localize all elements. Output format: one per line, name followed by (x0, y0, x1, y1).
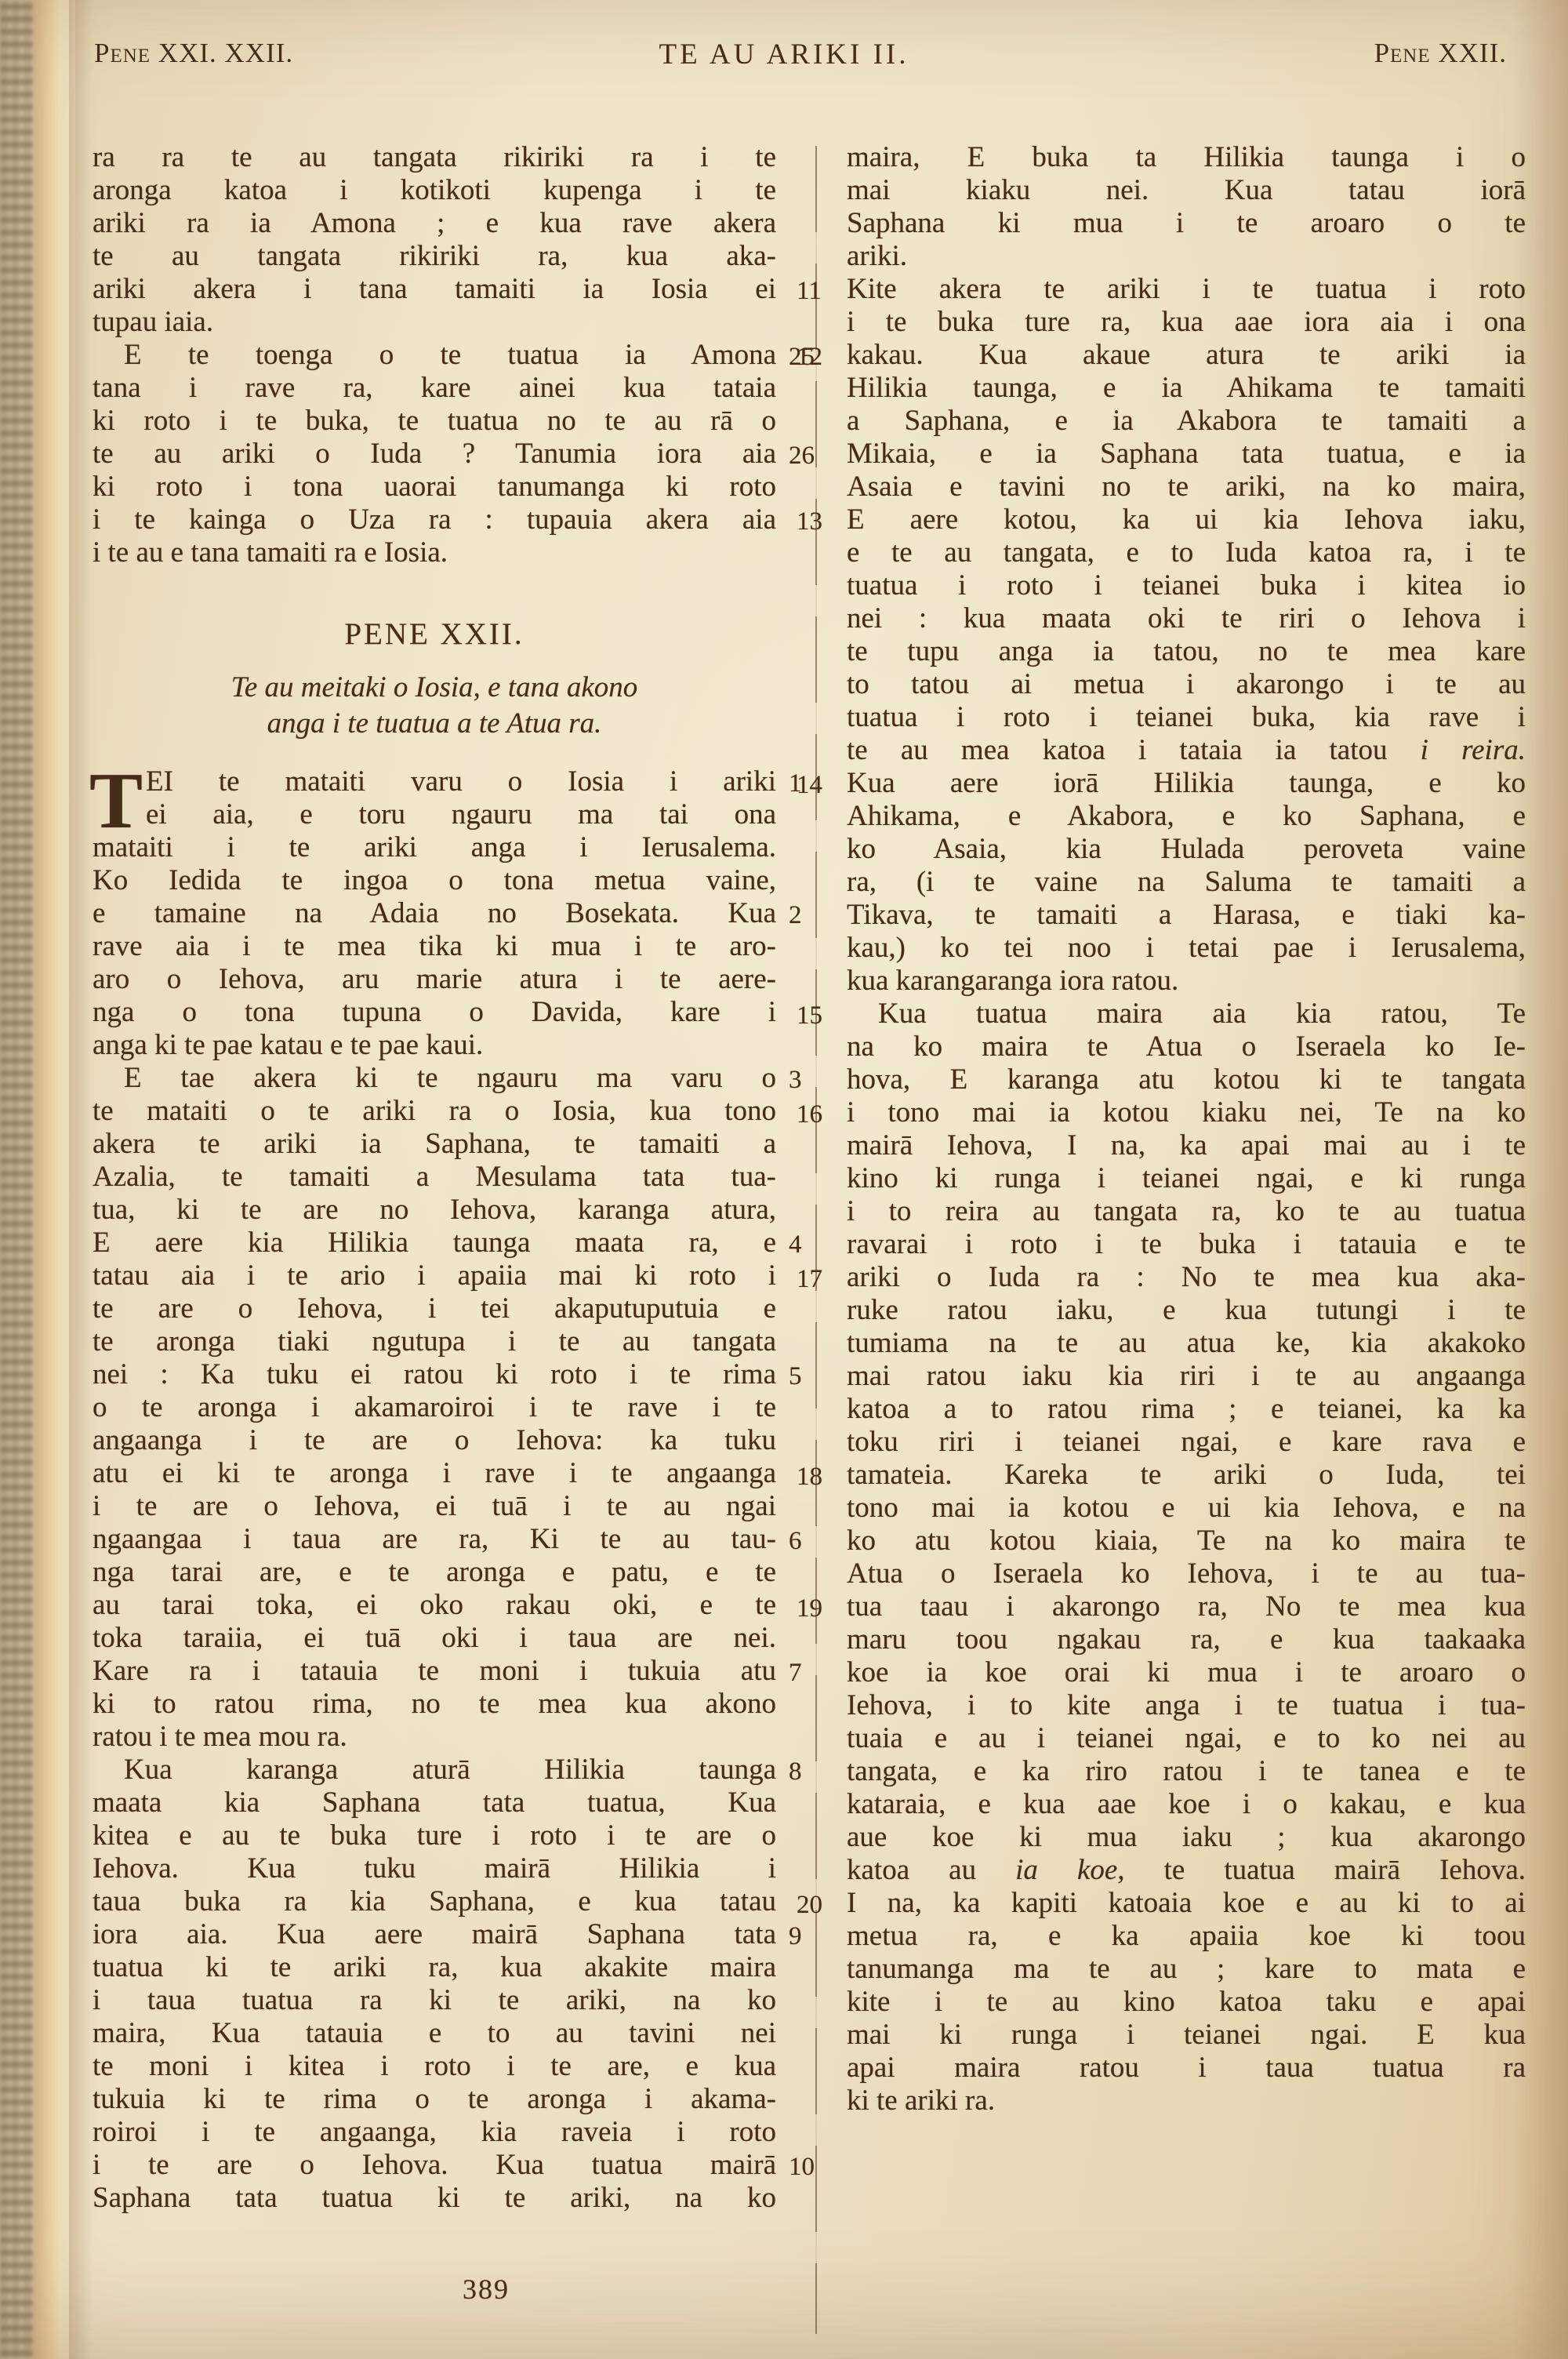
text-line: tamateia. Kareka te ariki o Iuda, tei18 (847, 1459, 1526, 1492)
paragraph: Kua karanga aturā Hilikia taunga8maata k… (93, 1754, 776, 2215)
line-text: nei : kua maata oki te riri o Iehova i (847, 602, 1526, 634)
text-line: Mikaia, e ia Saphana tata tuatua, e ia (847, 438, 1526, 471)
text-line: Iehova, i to kite anga i te tuatua i tua… (847, 1689, 1526, 1722)
text-line: o te aronga i akamaroiroi i te rave i te (93, 1391, 776, 1424)
text-line: akera te ariki ia Saphana, te tamaiti a (93, 1128, 776, 1161)
text-line: te au tangata rikiriki ra, kua aka- (93, 240, 776, 273)
text-line: i tono mai ia kotou kiaku nei, Te na ko1… (847, 1096, 1526, 1129)
text-line: i te au e tana tamaiti ra e Iosia. (93, 536, 776, 569)
line-text: ki to ratou rima, no te mea kua akono (93, 1688, 776, 1720)
verse-number: 7 (789, 1656, 837, 1689)
text-line: ki roto i te buka, te tuatua no te au rā… (93, 405, 776, 438)
text-line: katoa a to ratou rima ; e teianei, ka ka (847, 1393, 1526, 1426)
text-line: maira, Kua tatauia e to au tavini nei (93, 2017, 776, 2050)
line-text: tupau iaia. (93, 306, 213, 338)
text-line: Kare ra i tatauia te moni i tukuia atu7 (93, 1655, 776, 1688)
line-text: Tikava, te tamaiti a Harasa, e tiaki ka- (847, 899, 1526, 931)
line-text: apai maira ratou i taua tuatua ra (847, 2052, 1526, 2084)
text-line: atu ei ki te aronga i rave i te angaanga (93, 1457, 776, 1490)
text-line: tupau iaia. (93, 306, 776, 339)
text-line: tangata, e ka riro ratou i te tanea e te (847, 1755, 1526, 1788)
line-text: mairā Iehova, I na, ka apai mai au i te (847, 1129, 1526, 1161)
line-text: ngaangaa i taua are ra, Ki te au tau- (93, 1523, 776, 1555)
book-page: Pene XXI. XXII. TE AU ARIKI II. Pene XXI… (0, 0, 1568, 2359)
line-text: taua buka ra kia Saphana, e kua tatau (93, 1885, 776, 1917)
verse-number: 13 (797, 505, 840, 538)
text-line: kua karangaranga iora ratou. (847, 965, 1526, 998)
text-line: ruke ratou iaku, e kua tutungi i te (847, 1294, 1526, 1327)
line-text: te moni i kitea i roto i te are, e kua (93, 2050, 776, 2082)
text-line: aue koe ki mua iaku ; kua akarongo (847, 1821, 1526, 1854)
line-text: maira, Kua tatauia e to au tavini nei (93, 2017, 776, 2049)
text-line: te tupu anga ia tatou, no te mea kare (847, 635, 1526, 668)
line-text: kitea e au te buka ture i roto i te are … (93, 1819, 776, 1852)
line-text: ariki o Iuda ra : No te mea kua aka- (847, 1261, 1526, 1293)
running-head-title: TE AU ARIKI II. (659, 38, 909, 71)
text-line: EI te mataiti varu o Iosia i ariki1 (93, 765, 776, 798)
line-text: Kua karanga aturā Hilikia taunga (124, 1754, 776, 1786)
line-text: Kite akera te ariki i te tuatua i roto (847, 273, 1526, 305)
line-text: te tupu anga ia tatou, no te mea kare (847, 635, 1526, 667)
paragraph: maira, E buka ta Hilikia taunga i omai k… (847, 141, 1526, 2117)
line-text: maata kia Saphana tata tuatua, Kua (93, 1787, 776, 1819)
line-text: Saphana tata tuatua ki te ariki, na ko (93, 2182, 776, 2214)
line-text: nga tarai are, e te aronga e patu, e te (93, 1556, 776, 1588)
line-text: Ko Iedida te ingoa o tona metua vaine, (93, 864, 776, 896)
text-line: nei : Ka tuku ei ratou ki roto i te rima… (93, 1358, 776, 1391)
text-line: aro o Iehova, aru marie atura i te aere- (93, 963, 776, 996)
line-text: iora aia. Kua aere mairā Saphana tata (93, 1918, 776, 1950)
text-line: Iehova. Kua tuku mairā Hilikia i (93, 1852, 776, 1885)
line-text: i to reira au tangata ra, ko te au tuatu… (847, 1195, 1526, 1227)
text-line: mai ratou iaku kia riri i te au angaanga (847, 1360, 1526, 1393)
text-line: ariki akera i tana tamaiti ia Iosia ei (93, 273, 776, 306)
line-text: maira, E buka ta Hilikia taunga i o (847, 141, 1526, 173)
text-line: i taua tuatua ra ki te ariki, na ko (93, 1984, 776, 2017)
line-text: I na, ka kapiti katoaia koe e au ki to a… (847, 1887, 1526, 1919)
text-line: te aronga tiaki ngutupa i te au tangata (93, 1325, 776, 1358)
line-text: au tarai toka, ei oko rakau oki, e te (93, 1589, 776, 1621)
text-line: te au ariki o Iuda ? Tanumia iora aia26 (93, 438, 776, 471)
line-text: Te au meitaki o Iosia, e tana akono (231, 671, 638, 703)
text-line: na ko maira te Atua o Iseraela ko Ie- (847, 1030, 1526, 1063)
chapter-subtitle: Te au meitaki o Iosia, e tana akonoanga … (93, 670, 776, 742)
verse-number: 26 (789, 439, 837, 472)
line-text: a Saphana, e ia Akabora te tamaiti a (847, 405, 1526, 437)
line-text: E tae akera ki te ngauru ma varu o (124, 1062, 776, 1094)
line-text: tukuia ki te rima o te aronga i akama- (93, 2083, 776, 2115)
line-text: Iehova. Kua tuku mairā Hilikia i (93, 1852, 776, 1885)
text-line: tuatua i roto i teianei buka i kitea io (847, 569, 1526, 602)
text-line: ariki. (847, 240, 1526, 273)
text-line: koe ia koe orai ki mua i te aroaro o (847, 1656, 1526, 1689)
text-line: ngaangaa i taua are ra, Ki te au tau-6 (93, 1523, 776, 1556)
text-line: mai kiaku nei. Kua tatau iorā (847, 174, 1526, 207)
line-text: tuatua ki te ariki ra, kua akakite maira (93, 1951, 776, 1983)
text-line: ariki o Iuda ra : No te mea kua aka-17 (847, 1261, 1526, 1294)
line-text: katoa a to ratou rima ; e teianei, ka ka (847, 1393, 1526, 1425)
line-text: ra, (i te vaine na Saluma te tamaiti a (847, 866, 1526, 898)
text-line: Ahikama, e Akabora, e ko Saphana, e (847, 800, 1526, 833)
line-text: i tono mai ia kotou kiaku nei, Te na ko (847, 1096, 1526, 1129)
line-text: tua taau i akarongo ra, No te mea kua (847, 1590, 1526, 1623)
line-text: mai kiaku nei. Kua tatau iorā (847, 174, 1526, 206)
text-line: Saphana ki mua i te aroaro o te (847, 207, 1526, 240)
text-line: iora aia. Kua aere mairā Saphana tata9 (93, 1918, 776, 1951)
paragraph: TEI te mataiti varu o Iosia i ariki1ei a… (93, 765, 776, 1062)
text-line: PENE XXII. (93, 618, 776, 651)
line-text: Mikaia, e ia Saphana tata tuatua, e ia (847, 438, 1526, 470)
verse-number: 2 (789, 899, 837, 932)
line-text: i te buka ture ra, kua aae iora aia i on… (847, 306, 1526, 338)
line-text: kakau. Kua akaue atura te ariki ia (847, 339, 1526, 371)
text-line: tua, ki te are no Iehova, karanga atura, (93, 1194, 776, 1227)
line-text: ratou i te mea mou ra. (93, 1721, 347, 1753)
line-text: kataraia, e kua aae koe i o kakau, e kua (847, 1788, 1526, 1820)
text-line: ko atu kotou kiaia, Te na ko maira te (847, 1525, 1526, 1558)
line-text: tuatua i roto i teianei buka i kitea io (847, 569, 1526, 602)
text-line: ki to ratou rima, no te mea kua akono (93, 1688, 776, 1721)
text-line: Kua aere iorā Hilikia taunga, e ko14 (847, 767, 1526, 800)
text-line: toku riri i teianei ngai, e kare rava e (847, 1426, 1526, 1459)
text-line: rave aia i te mea tika ki mua i te aro- (93, 930, 776, 963)
line-text: ravarai i roto i te buka i tatauia e te (847, 1228, 1526, 1260)
text-line: kitea e au te buka ture i roto i te are … (93, 1819, 776, 1852)
line-text: ko atu kotou kiaia, Te na ko maira te (847, 1525, 1526, 1557)
text-line: nga o tona tupuna o Davida, kare i (93, 996, 776, 1029)
text-line: ravarai i roto i te buka i tatauia e te (847, 1228, 1526, 1261)
text-line: Saphana tata tuatua ki te ariki, na ko (93, 2182, 776, 2215)
text-line: ra, (i te vaine na Saluma te tamaiti a (847, 866, 1526, 899)
verse-number: 18 (797, 1460, 840, 1493)
line-text: nei : Ka tuku ei ratou ki roto i te rima (93, 1358, 776, 1390)
text-line: e tamaine na Adaia no Bosekata. Kua2 (93, 897, 776, 930)
text-line: mairā Iehova, I na, ka apai mai au i te (847, 1129, 1526, 1162)
text-line: to tatou ai metua i akarongo i te au (847, 668, 1526, 701)
line-text: te au tangata rikiriki ra, kua aka- (93, 240, 776, 272)
text-line: E aere kotou, ka ui kia Iehova iaku,13 (847, 503, 1526, 536)
line-text: aro o Iehova, aru marie atura i te aere- (93, 963, 776, 995)
text-line: tua taau i akarongo ra, No te mea kua19 (847, 1590, 1526, 1623)
line-text: tamateia. Kareka te ariki o Iuda, tei (847, 1459, 1526, 1491)
line-text: ruke ratou iaku, e kua tutungi i te (847, 1294, 1526, 1326)
text-line: aronga katoa i kotikoti kupenga i te (93, 174, 776, 207)
running-head-left: Pene XXI. XXII. (94, 38, 293, 69)
text-line: tatau aia i te ario i apaiia mai ki roto… (93, 1259, 776, 1292)
line-text: i te kainga o Uza ra : tupauia akera aia (93, 503, 776, 536)
line-text: hova, E karanga atu kotou ki te tangata (847, 1063, 1526, 1096)
line-text: ariki ra ia Amona ; e kua rave akera (93, 207, 776, 239)
facing-page-edge (0, 0, 75, 2359)
text-line: au tarai toka, ei oko rakau oki, e te (93, 1589, 776, 1622)
text-line: i to reira au tangata ra, ko te au tuatu… (847, 1195, 1526, 1228)
line-text: atu ei ki te aronga i rave i te angaanga (93, 1457, 776, 1489)
text-line: kite i te au kino katoa taku e apai (847, 1986, 1526, 2019)
verse-number: 11 (797, 274, 840, 307)
running-head: Pene XXI. XXII. TE AU ARIKI II. Pene XXI… (0, 38, 1568, 74)
line-text: te au mea katoa i tataia ia tatou i reir… (847, 734, 1526, 766)
line-text: ki roto i tona uaorai tanumanga ki roto (93, 471, 776, 503)
line-text: ki roto i te buka, te tuatua no te au rā… (93, 405, 776, 437)
text-line: tuaia e au i teianei ngai, e to ko nei a… (847, 1722, 1526, 1755)
text-line: nei : kua maata oki te riri o Iehova i (847, 602, 1526, 635)
text-line: ei aia, e toru ngauru ma tai ona (93, 798, 776, 831)
column-divider-rule (815, 146, 817, 2334)
line-text: tangata, e ka riro ratou i te tanea e te (847, 1755, 1526, 1787)
text-line: tuatua i roto i teianei buka, kia rave i (847, 701, 1526, 734)
text-line: tuatua ki te ariki ra, kua akakite maira (93, 1951, 776, 1984)
text-line: nga tarai are, e te aronga e patu, e te (93, 1556, 776, 1589)
verse-number: 4 (789, 1228, 837, 1261)
line-text: aronga katoa i kotikoti kupenga i te (93, 174, 776, 206)
line-text: rave aia i te mea tika ki mua i te aro- (93, 930, 776, 962)
verse-number: 20 (797, 1888, 840, 1921)
text-line: te au mea katoa i tataia ia tatou i reir… (847, 734, 1526, 767)
text-line: taua buka ra kia Saphana, e kua tatau (93, 1885, 776, 1918)
line-text: EI te mataiti varu o Iosia i ariki (146, 765, 776, 798)
line-text: i te au e tana tamaiti ra e Iosia. (93, 536, 448, 569)
line-text: toku riri i teianei ngai, e kare rava e (847, 1426, 1526, 1458)
line-text: tuaia e au i teianei ngai, e to ko nei a… (847, 1722, 1526, 1754)
line-text: nga o tona tupuna o Davida, kare i (93, 996, 776, 1028)
line-text: Kare ra i tatauia te moni i tukuia atu (93, 1655, 776, 1687)
line-text: Atua o Iseraela ko Iehova, i te au tua- (847, 1558, 1526, 1590)
text-line: kataraia, e kua aae koe i o kakau, e kua (847, 1788, 1526, 1821)
line-text: Asaia e tavini no te ariki, na ko maira, (847, 471, 1526, 503)
verse-number: 19 (797, 1592, 840, 1625)
line-text: kau,) ko tei noo i tetai pae i Ierusalem… (847, 932, 1526, 964)
column-right: maira, E buka ta Hilikia taunga i omai k… (847, 141, 1526, 2117)
line-text: mai ratou iaku kia riri i te au angaanga (847, 1360, 1526, 1392)
line-text: te aronga tiaki ngutupa i te au tangata (93, 1325, 776, 1358)
page-number: 389 (93, 2273, 880, 2306)
text-line: ra ra te au tangata rikiriki ra i te (93, 141, 776, 174)
line-text: akera te ariki ia Saphana, te tamaiti a (93, 1128, 776, 1160)
line-text: na ko maira te Atua o Iseraela ko Ie- (847, 1030, 1526, 1063)
paragraph: E tae akera ki te ngauru ma varu o3te ma… (93, 1062, 776, 1754)
text-line: apai maira ratou i taua tuatua ra (847, 2052, 1526, 2085)
line-text: tana i rave ra, kare ainei kua tataia (93, 372, 776, 404)
line-text: E aere kia Hilikia taunga maata ra, e (93, 1227, 776, 1259)
text-line: a Saphana, e ia Akabora te tamaiti a (847, 405, 1526, 438)
verse-number: 16 (797, 1098, 840, 1131)
line-text: ei aia, e toru ngauru ma tai ona (146, 798, 776, 831)
verse-number: 9 (789, 1920, 837, 1953)
line-text: ko Asaia, kia Hulada peroveta vaine (847, 833, 1526, 865)
text-line: Hilikia taunga, e ia Ahikama te tamaiti (847, 372, 1526, 405)
text-line: Te au meitaki o Iosia, e tana akono (93, 670, 776, 706)
verse-number: 6 (789, 1525, 837, 1558)
text-line: kino ki runga i teianei ngai, e ki runga (847, 1162, 1526, 1195)
text-line: Tikava, te tamaiti a Harasa, e tiaki ka- (847, 899, 1526, 932)
verse-number: 10 (789, 2150, 837, 2183)
line-text: Ahikama, e Akabora, e ko Saphana, e (847, 800, 1526, 832)
line-text: ra ra te au tangata rikiriki ra i te (93, 141, 776, 173)
verse-number: 3 (789, 1063, 837, 1096)
text-line: maru toou ngakau ra, e kua taakaaka (847, 1623, 1526, 1656)
line-text: tua, ki te are no Iehova, karanga atura, (93, 1194, 776, 1226)
text-line: E tae akera ki te ngauru ma varu o3 (93, 1062, 776, 1095)
text-line: maata kia Saphana tata tuatua, Kua (93, 1787, 776, 1819)
chapter-heading: PENE XXII. (93, 618, 776, 651)
line-text: tanumanga ma te au ; kare to mata e (847, 1953, 1526, 1985)
line-text: anga ki te pae katau e te pae kaui. (93, 1029, 483, 1061)
text-line: ratou i te mea mou ra. (93, 1721, 776, 1754)
line-text: Iehova, i to kite anga i te tuatua i tua… (847, 1689, 1526, 1721)
line-text: i te are o Iehova. Kua tuatua mairā (93, 2149, 776, 2181)
line-text: tumiama na te au atua ke, kia akakoko (847, 1327, 1526, 1359)
text-line: i te buka ture ra, kua aae iora aia i on… (847, 306, 1526, 339)
line-text: anga i te tuatua a te Atua ra. (267, 707, 602, 740)
line-text: to tatou ai metua i akarongo i te au (847, 668, 1526, 700)
verse-number: 12 (797, 340, 840, 373)
text-line: ki te ariki ra. (847, 2085, 1526, 2117)
line-text: e tamaine na Adaia no Bosekata. Kua (93, 897, 776, 929)
line-text: angaanga i te are o Iehova: ka tuku (93, 1424, 776, 1456)
line-text: te are o Iehova, i tei akaputuputuia e (93, 1292, 776, 1325)
line-text: Kua aere iorā Hilikia taunga, e ko (847, 767, 1526, 799)
line-text: Kua tuatua maira aia kia ratou, Te (878, 998, 1526, 1030)
line-text: mataiti i te ariki anga i Ierusalema. (93, 831, 776, 863)
text-line: toka taraiia, ei tuā oki i taua are nei. (93, 1622, 776, 1655)
text-line: katoa au ia koe, te tuatua mairā Iehova. (847, 1854, 1526, 1887)
text-line: e te au tangata, e to Iuda katoa ra, i t… (847, 536, 1526, 569)
text-line: i te are o Iehova, ei tuā i te au ngai (93, 1490, 776, 1523)
text-line: i te are o Iehova. Kua tuatua mairā10 (93, 2149, 776, 2182)
text-line: ariki ra ia Amona ; e kua rave akera (93, 207, 776, 240)
verse-number: 8 (789, 1755, 837, 1788)
line-text: Saphana ki mua i te aroaro o te (847, 207, 1526, 239)
text-line: metua ra, e ka apaiia koe ki toou (847, 1920, 1526, 1953)
line-text: kino ki runga i teianei ngai, e ki runga (847, 1162, 1526, 1194)
text-line: E te toenga o te tuatua ia Amona25 (93, 339, 776, 372)
line-text: koe ia koe orai ki mua i te aroaro o (847, 1656, 1526, 1688)
facing-page-blurred-text (0, 0, 33, 2359)
text-line: te are o Iehova, i tei akaputuputuia e (93, 1292, 776, 1325)
text-line: te mataiti o te ariki ra o Iosia, kua to… (93, 1095, 776, 1128)
text-line: Kua tuatua maira aia kia ratou, Te15 (847, 998, 1526, 1030)
line-text: Hilikia taunga, e ia Ahikama te tamaiti (847, 372, 1526, 404)
line-text: Azalia, te tamaiti a Mesulama tata tua- (93, 1161, 776, 1193)
text-line: Atua o Iseraela ko Iehova, i te au tua- (847, 1558, 1526, 1590)
text-line: angaanga i te are o Iehova: ka tuku (93, 1424, 776, 1457)
line-text: katoa au ia koe, te tuatua mairā Iehova. (847, 1854, 1526, 1886)
line-text: metua ra, e ka apaiia koe ki toou (847, 1920, 1526, 1952)
line-text: i taua tuatua ra ki te ariki, na ko (93, 1984, 776, 2016)
text-line: Kite akera te ariki i te tuatua i roto11 (847, 273, 1526, 306)
text-line: Azalia, te tamaiti a Mesulama tata tua- (93, 1161, 776, 1194)
text-line: te moni i kitea i roto i te are, e kua (93, 2050, 776, 2083)
text-line: tanumanga ma te au ; kare to mata e (847, 1953, 1526, 1986)
line-text: aue koe ki mua iaku ; kua akarongo (847, 1821, 1526, 1853)
column-left: ra ra te au tangata rikiriki ra i tearon… (93, 141, 776, 2215)
text-line: tana i rave ra, kare ainei kua tataia (93, 372, 776, 405)
line-text: E aere kotou, ka ui kia Iehova iaku, (847, 503, 1526, 536)
line-text: tuatua i roto i teianei buka, kia rave i (847, 701, 1526, 733)
line-text: kite i te au kino katoa taku e apai (847, 1986, 1526, 2018)
text-line: ko Asaia, kia Hulada peroveta vaine (847, 833, 1526, 866)
text-line: tukuia ki te rima o te aronga i akama- (93, 2083, 776, 2116)
line-text: o te aronga i akamaroiroi i te rave i te (93, 1391, 776, 1423)
text-line: maira, E buka ta Hilikia taunga i o (847, 141, 1526, 174)
line-text: te au ariki o Iuda ? Tanumia iora aia (93, 438, 776, 470)
line-text: ariki. (847, 240, 907, 272)
text-line: anga i te tuatua a te Atua ra. (93, 706, 776, 742)
line-text: ki te ariki ra. (847, 2085, 995, 2117)
line-text: PENE XXII. (344, 617, 524, 651)
text-line: mataiti i te ariki anga i Ierusalema. (93, 831, 776, 864)
verse-number: 14 (797, 769, 840, 801)
text-line: i te kainga o Uza ra : tupauia akera aia (93, 503, 776, 536)
line-text: kua karangaranga iora ratou. (847, 965, 1178, 997)
text-line: E aere kia Hilikia taunga maata ra, e4 (93, 1227, 776, 1259)
verse-number: 17 (797, 1263, 840, 1296)
line-text: i te are o Iehova, ei tuā i te au ngai (93, 1490, 776, 1522)
text-line: Asaia e tavini no te ariki, na ko maira, (847, 471, 1526, 503)
text-line: tumiama na te au atua ke, kia akakoko (847, 1327, 1526, 1360)
text-line: Ko Iedida te ingoa o tona metua vaine, (93, 864, 776, 897)
text-line: roiroi i te angaanga, kia raveia i roto (93, 2116, 776, 2149)
line-text: tatau aia i te ario i apaiia mai ki roto… (93, 1259, 776, 1292)
text-line: tono mai ia kotou e ui kia Iehova, e na (847, 1492, 1526, 1525)
running-head-right: Pene XXII. (1374, 38, 1507, 69)
text-line: anga ki te pae katau e te pae kaui. (93, 1029, 776, 1062)
text-line: I na, ka kapiti katoaia koe e au ki to a… (847, 1887, 1526, 1920)
text-line: kakau. Kua akaue atura te ariki ia12 (847, 339, 1526, 372)
verse-number: 15 (797, 999, 840, 1032)
gutter-crease (69, 0, 93, 2359)
line-text: te mataiti o te ariki ra o Iosia, kua to… (93, 1095, 776, 1127)
line-text: mai ki runga i teianei ngai. E kua (847, 2019, 1526, 2051)
verse-number: 5 (789, 1360, 837, 1393)
text-line: mai ki runga i teianei ngai. E kua (847, 2019, 1526, 2052)
line-text: E te toenga o te tuatua ia Amona (124, 339, 776, 371)
line-text: maru toou ngakau ra, e kua taakaaka (847, 1623, 1526, 1656)
line-text: toka taraiia, ei tuā oki i taua are nei. (93, 1622, 776, 1654)
line-text: e te au tangata, e to Iuda katoa ra, i t… (847, 536, 1526, 569)
paragraph: ra ra te au tangata rikiriki ra i tearon… (93, 141, 776, 569)
text-line: kau,) ko tei noo i tetai pae i Ierusalem… (847, 932, 1526, 965)
line-text: ariki akera i tana tamaiti ia Iosia ei (93, 273, 776, 305)
line-text: tono mai ia kotou e ui kia Iehova, e na (847, 1492, 1526, 1524)
text-line: hova, E karanga atu kotou ki te tangata (847, 1063, 1526, 1096)
line-text: roiroi i te angaanga, kia raveia i roto (93, 2116, 776, 2148)
text-line: Kua karanga aturā Hilikia taunga8 (93, 1754, 776, 1787)
text-line: ki roto i tona uaorai tanumanga ki roto (93, 471, 776, 503)
